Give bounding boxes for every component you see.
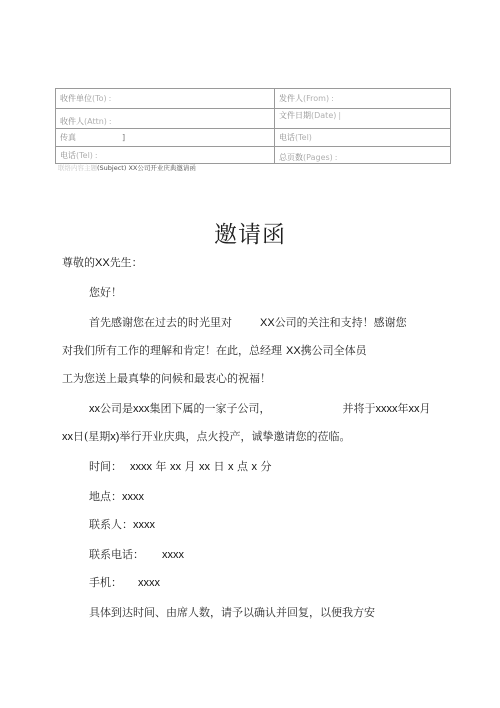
field-suffix: : (95, 151, 98, 160)
field-label: 电话 (60, 151, 76, 160)
text-run: 公司的关注和支持！感谢您 (275, 316, 407, 329)
detail-value: xxxx (122, 491, 144, 503)
subject-value: XX公司开业庆典邀请函 (128, 164, 195, 172)
subject-key-latin: (Subject) (97, 164, 126, 172)
detail-mobile: 手机：xxxx (89, 576, 160, 590)
unit: 分 (261, 460, 272, 473)
field-label-latin: (Tel) (76, 151, 93, 160)
fax-header-table: 收件单位(To): 发件人(From): 收件人(Attn): 文件日期(Dat… (55, 88, 451, 164)
unit: 月 (185, 460, 196, 473)
detail-value: xxxx (133, 519, 155, 531)
company-placeholder: xx (89, 403, 100, 415)
fax-row: 收件人(Attn): 文件日期(Date)| (56, 109, 451, 129)
field-label-latin: (To) (92, 94, 107, 103)
field-label: 总页数 (279, 153, 303, 162)
field-label: 收件人 (60, 117, 84, 126)
detail-phone: 联系电话：xxxx (89, 548, 184, 562)
year-placeholder: xxxx (376, 403, 398, 415)
paragraph-2-line-2: xx日(星期x)举行开业庆典，点火投产，诚挚邀请您的莅临。 (62, 430, 350, 444)
day-placeholder: xx (62, 431, 73, 443)
document-date-cell: 文件日期(Date)| (275, 109, 451, 129)
paragraph-1-line-3: 工为您送上最真挚的问候和最衷心的祝福！ (62, 372, 271, 386)
text-run: 月 (420, 402, 431, 415)
detail-label: 手机： (89, 576, 122, 589)
field-suffix: : (331, 94, 334, 103)
detail-label: 时间： (89, 460, 122, 473)
salutation: 尊敬的XX先生： (62, 256, 143, 270)
field-label-latin: (Attn) (84, 117, 107, 126)
fax-row: 收件单位(To): 发件人(From): (56, 89, 451, 109)
field-label: 传真 (60, 133, 76, 142)
detail-location: 地点：xxxx (89, 490, 144, 504)
text-run: 年 (398, 402, 409, 415)
total-pages-cell: 总页数(Pages): (275, 147, 451, 164)
letter-title: 邀请函 (0, 216, 500, 249)
field-label: 文件日期 (279, 111, 311, 120)
detail-label: 地点： (89, 490, 122, 503)
recipient-attn-cell: 收件人(Attn): (56, 109, 275, 129)
salutation-name: XX (95, 257, 110, 269)
detail-value: xx (170, 461, 181, 473)
fax-row: 传真] 电话(Tel) (56, 129, 451, 147)
fax-subject-line: 联络内容主题(Subject) XX公司开业庆典邀请函 (58, 163, 196, 172)
field-suffix: ] (122, 133, 125, 142)
closing-line: 具体到达时间、由席人数，请予以确认并回复，以便我方安 (89, 606, 375, 620)
field-suffix: : (109, 117, 112, 126)
detail-value: x (252, 461, 258, 473)
paragraph-1-line-2: 对我们所有工作的理解和肯定！在此，总经理XX携公司全体员 (62, 344, 367, 358)
detail-value: x (228, 461, 234, 473)
paragraph-2-line-1: xx公司是xxx集团下属的一家子公司，并将于xxxx年xx月 (89, 402, 431, 416)
unit: 日 (214, 460, 225, 473)
field-label-latin: (Date) (311, 111, 336, 120)
text-run: 并将于 (343, 402, 376, 415)
field-label-latin: (Tel) (295, 133, 312, 142)
unit: 年 (156, 460, 167, 473)
field-label: 电话 (279, 133, 295, 142)
group-placeholder: xxx (133, 403, 150, 415)
field-suffix: | (338, 111, 341, 120)
detail-value: xxxx (162, 549, 184, 561)
detail-value: xx (199, 461, 210, 473)
fax-row: 电话(Tel): 总页数(Pages): (56, 147, 451, 164)
text-run: 首先感谢您在过去的时光里对 (89, 316, 232, 329)
field-label: 发件人 (279, 94, 303, 103)
fax-number-cell: 传真] (56, 129, 275, 147)
detail-time: 时间：xxxx 年 xx 月 xx 日 x 点 x 分 (89, 460, 272, 474)
recipient-company-cell: 收件单位(To): (56, 89, 275, 109)
detail-label: 联系人： (89, 518, 133, 531)
text-run: 公司是 (100, 402, 133, 415)
text-run: 集团下属的一家子公司， (150, 402, 271, 415)
salutation-suffix: 先生： (110, 256, 143, 269)
sender-phone-cell: 电话(Tel): (56, 147, 275, 164)
field-label: 收件单位 (60, 94, 92, 103)
detail-label: 联系电话： (89, 548, 144, 561)
greeting: 您好！ (89, 286, 122, 300)
unit: 点 (237, 460, 248, 473)
field-label-latin: (From) (303, 94, 329, 103)
company-placeholder: XX (260, 317, 275, 329)
field-label-latin: (Pages) (303, 153, 333, 162)
text-run: 日(星期 (73, 430, 110, 443)
phone-cell: 电话(Tel) (275, 129, 451, 147)
text-run: 对我们所有工作的理解和肯定！在此，总经理 (62, 344, 282, 357)
field-suffix: : (109, 94, 112, 103)
document-page: 收件单位(To): 发件人(From): 收件人(Attn): 文件日期(Dat… (0, 0, 500, 708)
salutation-prefix: 尊敬的 (62, 256, 95, 269)
manager-placeholder: XX (286, 345, 301, 357)
text-run: 举行开业庆典，点火投产，诚挚邀请您的莅临。 (119, 430, 350, 443)
field-suffix: : (335, 153, 338, 162)
detail-contact: 联系人：xxxx (89, 518, 155, 532)
subject-key: 联络内容主题 (58, 164, 97, 172)
paragraph-1-line-1: 首先感谢您在过去的时光里对XX公司的关注和支持！感谢您 (89, 316, 407, 330)
detail-value: xxxx (138, 577, 160, 589)
month-placeholder: xx (409, 403, 420, 415)
text-run: 携公司全体员 (301, 344, 367, 357)
sender-cell: 发件人(From): (275, 89, 451, 109)
detail-value: xxxx (130, 461, 152, 473)
